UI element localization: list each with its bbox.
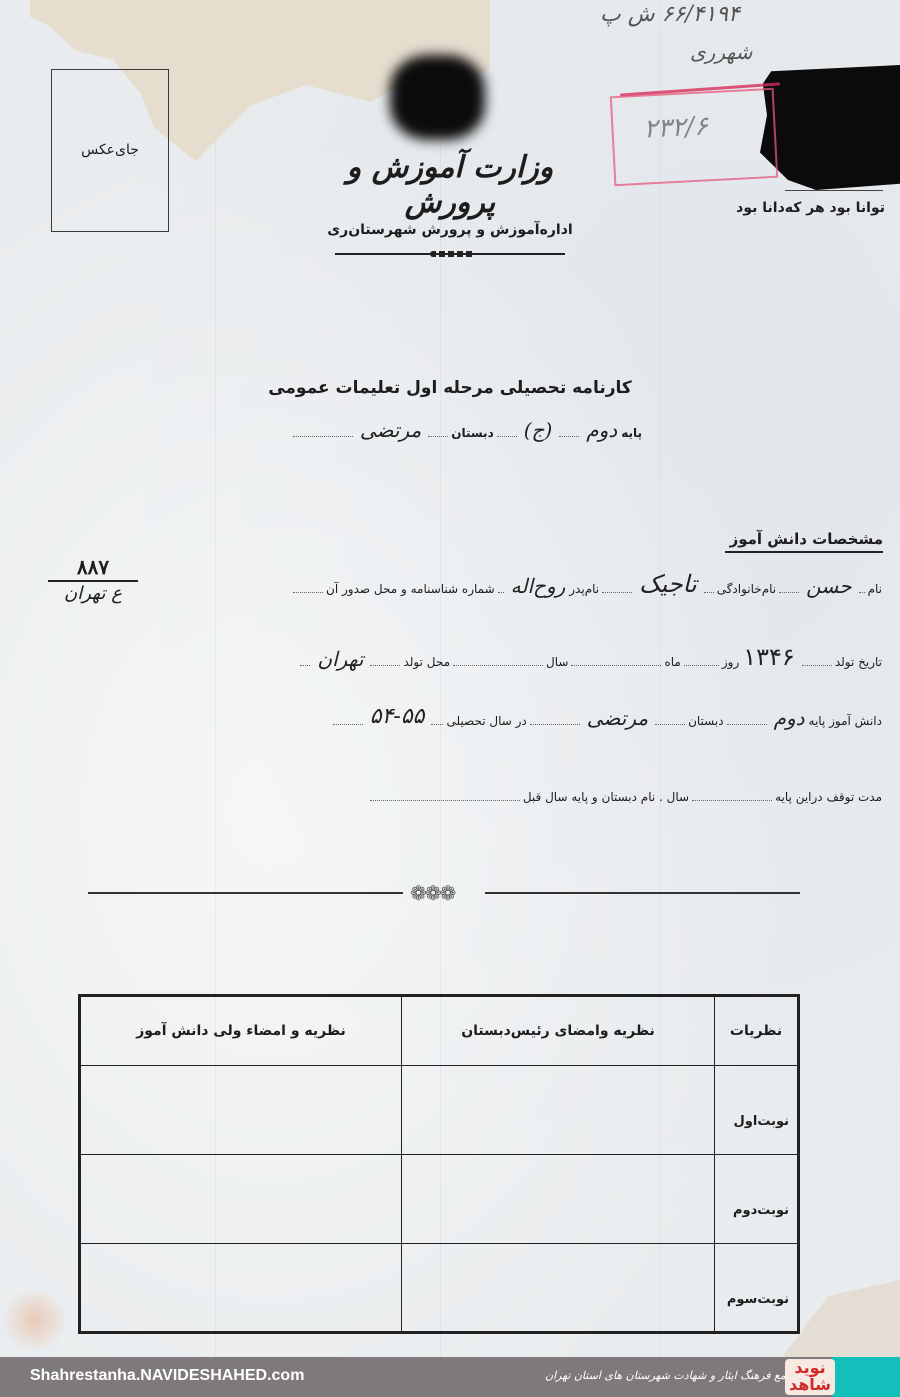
document-page: ۶۶/۴۱۹۴ ش پ شهرری ۲۳۲/۶ جای‌عکس وزارت آم… — [0, 0, 900, 1357]
birth-place: تهران — [317, 649, 363, 669]
father-name: روح‌اله — [511, 576, 566, 596]
name-row: نام حسن نام‌خانوادگی تاجیک نام‌پدر روح‌ا… — [290, 572, 882, 596]
site-footer: Shahrestanha.NAVIDESHAHED.com پایگاه جام… — [0, 1357, 900, 1397]
stay-row: مدت توقف دراین پایه سال . نام دبستان و پ… — [367, 790, 882, 804]
flower-ornament-icon: ❁❁❁ — [410, 881, 454, 905]
report-card-title: کارنامه تحصیلی مرحله اول تعلیمات عمومی — [250, 378, 650, 398]
footer-accent — [832, 1357, 900, 1397]
grade-school-row: پایه دوم (ج) دبستان مرتضی — [290, 420, 642, 440]
red-stamp: ۲۳۲/۶ — [610, 88, 778, 186]
divider-right — [485, 892, 800, 894]
header-principal: نظریه وامضای رئیس‌دبستان — [402, 996, 715, 1066]
student-section-title: مشخصات دانش آموز — [725, 530, 883, 553]
archive-place: شهرری — [690, 40, 752, 64]
comments-table: نظریات نظریه وامضای رئیس‌دبستان نظریه و … — [78, 994, 800, 1334]
row-label: نوبت‌اول — [715, 1065, 799, 1154]
table-row: نوبت‌سوم — [80, 1243, 799, 1332]
last-name: تاجیک — [639, 572, 697, 596]
grade-value-2: دوم — [774, 708, 805, 728]
row-label: نوبت‌دوم — [715, 1154, 799, 1243]
id-number: ۸۸۷ — [48, 555, 138, 579]
redacted-emblem — [390, 55, 485, 140]
navideshahed-logo-icon[interactable]: نوید شاهد — [785, 1359, 835, 1395]
motto: توانا بود هر که‌دانا بود — [720, 200, 885, 216]
row-label: نوبت‌سوم — [715, 1243, 799, 1332]
ornamental-rule — [335, 253, 565, 255]
principal-cell[interactable] — [402, 1065, 715, 1154]
birth-row: تاریخ تولد ۱۳۴۶ روز ماه سال محل تولد تهر… — [297, 645, 882, 669]
ministry-title: وزارت آموزش و پرورش — [310, 150, 590, 220]
table-row: نوبت‌دوم — [80, 1154, 799, 1243]
stamp-text: ۲۳۲/۶ — [643, 111, 709, 144]
grade-value: دوم — [586, 420, 617, 440]
parent-cell[interactable] — [80, 1065, 402, 1154]
parent-cell[interactable] — [80, 1154, 402, 1243]
principal-cell[interactable] — [402, 1243, 715, 1332]
office-title: اداره‌آموزش و پرورش شهرستان‌ری — [300, 222, 600, 238]
section-value: (ج) — [524, 420, 553, 440]
id-number-block: ۸۸۷ ع تهران — [48, 555, 138, 604]
principal-cell[interactable] — [402, 1154, 715, 1243]
first-name: حسن — [806, 576, 851, 596]
parent-cell[interactable] — [80, 1243, 402, 1332]
id-place: ع تهران — [48, 583, 138, 604]
school-value-2: مرتضی — [587, 708, 648, 728]
photo-placeholder: جای‌عکس — [51, 69, 169, 232]
archive-number: ۶۶/۴۱۹۴ ش پ — [600, 2, 740, 27]
photo-label: جای‌عکس — [52, 142, 168, 158]
academic-year: ۵۴-۵۵ — [370, 706, 425, 728]
school-value: مرتضی — [360, 420, 421, 440]
footer-url-link[interactable]: Shahrestanha.NAVIDESHAHED.com — [30, 1367, 304, 1385]
header-comments: نظریات — [715, 996, 799, 1066]
grade-row: دانش آموز پایه دوم دبستان مرتضی در سال ت… — [330, 706, 882, 728]
divider-left — [88, 892, 403, 894]
table-row: نوبت‌اول — [80, 1065, 799, 1154]
redacted-area — [760, 65, 900, 190]
header-parent: نظریه و امضاء ولی دانش آموز — [80, 996, 402, 1066]
footer-tagline: پایگاه جامع فرهنگ ایثار و شهادت شهرستان … — [545, 1369, 824, 1382]
birth-year: ۱۳۴۶ — [743, 645, 795, 669]
